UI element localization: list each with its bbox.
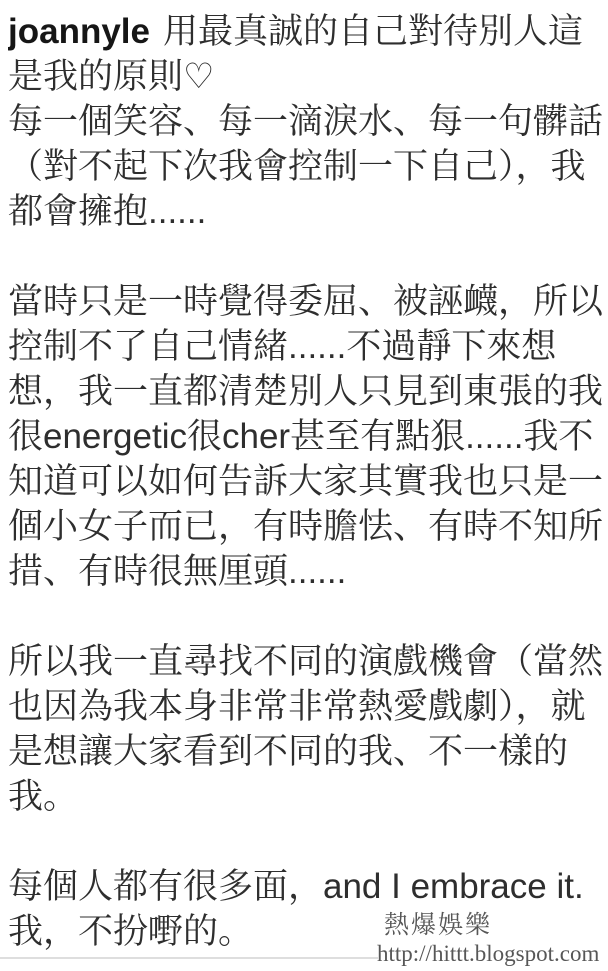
caption-line: 是我的原則♡	[8, 54, 608, 99]
caption-blank-line	[8, 819, 608, 864]
caption-line: 個小女子而已，有時膽怯、有時不知所	[8, 504, 608, 549]
caption-line: 知道可以如何告訴大家其實我也只是一	[8, 459, 608, 504]
caption-line: 所以我一直尋找不同的演戲機會（當然	[8, 639, 608, 684]
caption-line: 措、有時很無厘頭......	[8, 549, 608, 594]
caption-line: 每一個笑容、每一滴淚水、每一句髒話	[8, 99, 608, 144]
caption-blank-line	[8, 594, 608, 639]
caption-line-text: 用最真誠的自己對待別人這	[163, 12, 583, 51]
caption-blank-line	[8, 234, 608, 279]
bottom-divider-line	[0, 957, 378, 959]
caption-line: 當時只是一時覺得委屈、被誣衊，所以	[8, 279, 608, 324]
post-screenshot: { "caption": { "username": "joannyle", "…	[0, 0, 608, 971]
caption-line: 我。	[8, 774, 608, 819]
caption-line: joannyle用最真誠的自己對待別人這	[8, 9, 608, 54]
caption-text-block: joannyle用最真誠的自己對待別人這 是我的原則♡ 每一個笑容、每一滴淚水、…	[8, 9, 608, 954]
caption-line: 控制不了自己情緒......不過靜下來想	[8, 324, 608, 369]
caption-line: 每個人都有很多面，and I embrace it.	[8, 864, 608, 909]
caption-line: 是想讓大家看到不同的我、不一樣的	[8, 729, 608, 774]
watermark-site-name: 熱爆娛樂	[384, 912, 599, 940]
watermark: 熱爆娛樂 http://hittt.blogspot.com	[377, 912, 599, 967]
watermark-site-url: http://hittt.blogspot.com	[377, 940, 599, 967]
caption-line: 都會擁抱......	[8, 189, 608, 234]
username[interactable]: joannyle	[8, 12, 150, 51]
caption-line: 想，我一直都清楚別人只見到東張的我	[8, 369, 608, 414]
caption-line: 很energetic很cher甚至有點狠......我不	[8, 414, 608, 459]
caption-line: （對不起下次我會控制一下自己），我	[8, 144, 608, 189]
caption-line: 也因為我本身非常非常熱愛戲劇），就	[8, 684, 608, 729]
